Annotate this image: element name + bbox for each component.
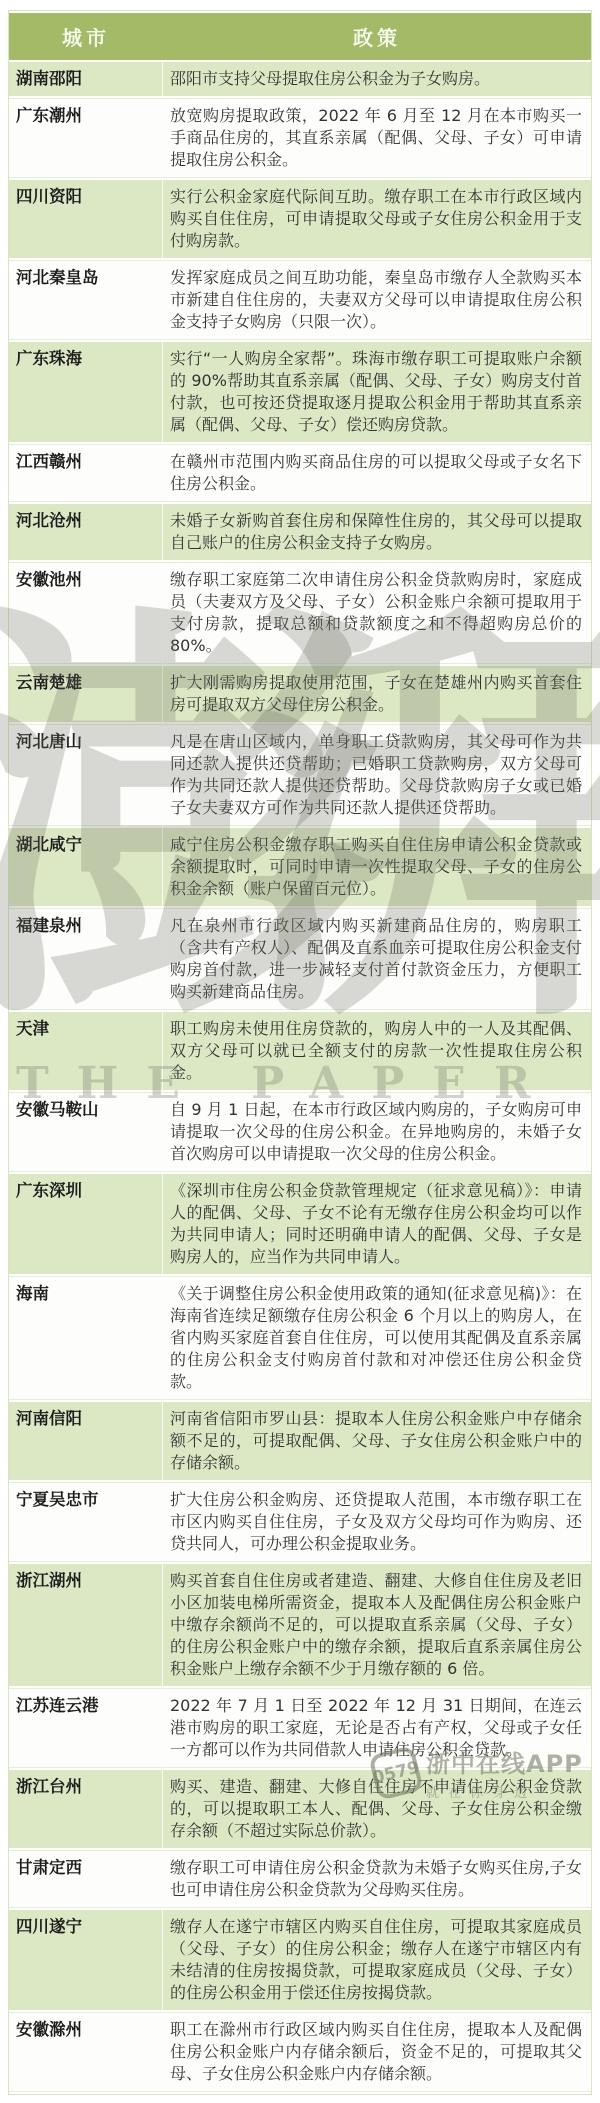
table-header: 城市 政策 <box>9 13 591 60</box>
city-cell: 宁夏吴忠市 <box>9 1482 163 1562</box>
policy-cell: 咸宁住房公积金缴存职工购买自住住房申请公积金贷款或余额提取时，可同时申请一次性提… <box>163 828 591 906</box>
header-cell-city: 城市 <box>9 13 163 60</box>
policy-cell: 邵阳市支持父母提取住房公积金为子女购房。 <box>163 62 591 96</box>
city-cell: 云南楚雄 <box>9 666 163 722</box>
table-row: 广东深圳 《深圳市住房公积金贷款管理规定（征求意见稿）》：申请人的配偶、父母、子… <box>9 1174 591 1274</box>
city-cell: 四川遂宁 <box>9 1910 163 2010</box>
table-row: 宁夏吴忠市 扩大住房公积金购房、还贷提取人范围，本市缴存职工在市区内购买自住住房… <box>9 1482 591 1562</box>
city-cell: 浙江湖州 <box>9 1564 163 1686</box>
policy-cell: 凡是在唐山区域内，单身职工贷款购房，其父母可作为共同还款人提供还贷帮助；已婚职工… <box>163 724 591 826</box>
policy-cell: 缴存职工家庭第二次申请住房公积金贷款购房时，家庭成员（夫妻双方及父母、子女）公积… <box>163 562 591 664</box>
policy-cell: 在赣州市范围内购买商品住房的可以提取父母或子女名下住房公积金。 <box>163 444 591 502</box>
table-row: 广东珠海 实行“一人购房全家帮”。珠海市缴存职工可提取账户余额的 90%帮助其直… <box>9 342 591 442</box>
table-row: 海南 《关于调整住房公积金使用政策的通知(征求意见稿)》：在海南省连续足额缴存住… <box>9 1276 591 1400</box>
table-row: 河北秦皇岛 发挥家庭成员之间互助功能，秦皇岛市缴存人全款购买本市新建自住住房的，… <box>9 260 591 340</box>
city-cell: 河北秦皇岛 <box>9 260 163 340</box>
table-row: 湖北咸宁 咸宁住房公积金缴存职工购买自住住房申请公积金贷款或余额提取时，可同时申… <box>9 828 591 906</box>
table-row: 云南楚雄 扩大刚需购房提取使用范围，子女在楚雄州内购买首套住房可提取双方父母住房… <box>9 666 591 722</box>
policy-cell: 职工购房未使用住房贷款的，购房人中的一人及其配偶、双方父母可以就已全额支付的房款… <box>163 1012 591 1090</box>
housing-fund-policy-table: 城市 政策 湖南邵阳 邵阳市支持父母提取住房公积金为子女购房。 广东潮州 放宽购… <box>8 10 592 2095</box>
table-row: 安徽马鞍山 自 9 月 1 日起，在本市行政区域内购房的，子女购房可申请提取一次… <box>9 1092 591 1172</box>
policy-cell: 凡在泉州市行政区域内购买新建商品住房的，购房职工（含共有产权人）、配偶及直系血亲… <box>163 908 591 1010</box>
city-cell: 江西赣州 <box>9 444 163 502</box>
policy-cell: 职工在滁州市行政区域内购买自住住房，提取本人及配偶住房公积金账户内存储余额后，资… <box>163 2012 591 2092</box>
table-row: 浙江台州 购买、建造、翻建、大修自住住房不申请住房公积金贷款的，可以提取职工本人… <box>9 1770 591 1848</box>
city-cell: 广东深圳 <box>9 1174 163 1274</box>
policy-cell: 放宽购房提取政策，2022 年 6 月至 12 月在本市购买一手商品住房的，其直… <box>163 98 591 178</box>
table-row: 安徽滁州 职工在滁州市行政区域内购买自住住房，提取本人及配偶住房公积金账户内存储… <box>9 2012 591 2092</box>
city-cell: 广东潮州 <box>9 98 163 178</box>
table-row: 湖南邵阳 邵阳市支持父母提取住房公积金为子女购房。 <box>9 62 591 96</box>
table-row: 广东潮州 放宽购房提取政策，2022 年 6 月至 12 月在本市购买一手商品住… <box>9 98 591 178</box>
city-cell: 福建泉州 <box>9 908 163 1010</box>
city-cell: 甘肃定西 <box>9 1850 163 1908</box>
table-row: 江苏连云港 2022 年 7 月 1 日至 2022 年 12 月 31 日期间… <box>9 1688 591 1768</box>
policy-cell: 购买首套自住住房或者建造、翻建、大修自住住房及老旧小区加装电梯所需资金，提取本人… <box>163 1564 591 1686</box>
policy-cell: 购买、建造、翻建、大修自住住房不申请住房公积金贷款的，可以提取职工本人、配偶、父… <box>163 1770 591 1848</box>
policy-cell: 缴存职工可申请住房公积金贷款为未婚子女购买住房,子女也可申请住房公积金贷款为父母… <box>163 1850 591 1908</box>
city-cell: 四川资阳 <box>9 180 163 258</box>
table-row: 四川遂宁 缴存人在遂宁市辖区内购买自住住房，可提取其家庭成员（父母、子女）的住房… <box>9 1910 591 2010</box>
table-row: 甘肃定西 缴存职工可申请住房公积金贷款为未婚子女购买住房,子女也可申请住房公积金… <box>9 1850 591 1908</box>
city-cell: 浙江台州 <box>9 1770 163 1848</box>
table-row: 河北沧州 未婚子女新购首套住房和保障性住房的，其父母可以提取自己账户的住房公积金… <box>9 504 591 560</box>
table-row: 江西赣州 在赣州市范围内购买商品住房的可以提取父母或子女名下住房公积金。 <box>9 444 591 502</box>
policy-cell: 发挥家庭成员之间互助功能，秦皇岛市缴存人全款购买本市新建自住住房的，夫妻双方父母… <box>163 260 591 340</box>
city-cell: 河南信阳 <box>9 1402 163 1480</box>
city-cell: 河北唐山 <box>9 724 163 826</box>
city-cell: 河北沧州 <box>9 504 163 560</box>
policy-cell: 2022 年 7 月 1 日至 2022 年 12 月 31 日期间，在连云港市… <box>163 1688 591 1768</box>
page: 城市 政策 湖南邵阳 邵阳市支持父母提取住房公积金为子女购房。 广东潮州 放宽购… <box>0 0 600 2103</box>
table-row: 四川资阳 实行公积金家庭代际间互助。缴存职工在本市行政区域内购买自住住房，可申请… <box>9 180 591 258</box>
header-cell-policy: 政策 <box>163 13 591 60</box>
city-cell: 天津 <box>9 1012 163 1090</box>
policy-cell: 实行公积金家庭代际间互助。缴存职工在本市行政区域内购买自住住房，可申请提取父母或… <box>163 180 591 258</box>
table-row: 天津 职工购房未使用住房贷款的，购房人中的一人及其配偶、双方父母可以就已全额支付… <box>9 1012 591 1090</box>
table-row: 福建泉州 凡在泉州市行政区域内购买新建商品住房的，购房职工（含共有产权人）、配偶… <box>9 908 591 1010</box>
table-row: 安徽池州 缴存职工家庭第二次申请住房公积金贷款购房时，家庭成员（夫妻双方及父母、… <box>9 562 591 664</box>
policy-cell: 《关于调整住房公积金使用政策的通知(征求意见稿)》：在海南省连续足额缴存住房公积… <box>163 1276 591 1400</box>
city-cell: 广东珠海 <box>9 342 163 442</box>
policy-cell: 未婚子女新购首套住房和保障性住房的，其父母可以提取自己账户的住房公积金支持子女购… <box>163 504 591 560</box>
table-row: 浙江湖州 购买首套自住住房或者建造、翻建、大修自住住房及老旧小区加装电梯所需资金… <box>9 1564 591 1686</box>
city-cell: 湖北咸宁 <box>9 828 163 906</box>
policy-cell: 实行“一人购房全家帮”。珠海市缴存职工可提取账户余额的 90%帮助其直系亲属（配… <box>163 342 591 442</box>
city-cell: 安徽滁州 <box>9 2012 163 2092</box>
city-cell: 海南 <box>9 1276 163 1400</box>
city-cell: 安徽池州 <box>9 562 163 664</box>
policy-table-body: 湖南邵阳 邵阳市支持父母提取住房公积金为子女购房。 广东潮州 放宽购房提取政策，… <box>9 62 591 2092</box>
policy-cell: 缴存人在遂宁市辖区内购买自住住房，可提取其家庭成员（父母、子女）的住房公积金；缴… <box>163 1910 591 2010</box>
table-row: 河北唐山 凡是在唐山区域内，单身职工贷款购房，其父母可作为共同还款人提供还贷帮助… <box>9 724 591 826</box>
table-row: 河南信阳 河南省信阳市罗山县：提取本人住房公积金账户中存储余额不足的，可提取配偶… <box>9 1402 591 1480</box>
policy-cell: 自 9 月 1 日起，在本市行政区域内购房的，子女购房可申请提取一次父母的住房公… <box>163 1092 591 1172</box>
policy-cell: 《深圳市住房公积金贷款管理规定（征求意见稿）》：申请人的配偶、父母、子女不论有无… <box>163 1174 591 1274</box>
city-cell: 安徽马鞍山 <box>9 1092 163 1172</box>
policy-cell: 扩大住房公积金购房、还贷提取人范围，本市缴存职工在市区内购买自住住房，子女及双方… <box>163 1482 591 1562</box>
city-cell: 江苏连云港 <box>9 1688 163 1768</box>
policy-cell: 扩大刚需购房提取使用范围，子女在楚雄州内购买首套住房可提取双方父母住房公积金。 <box>163 666 591 722</box>
policy-cell: 河南省信阳市罗山县：提取本人住房公积金账户中存储余额不足的，可提取配偶、父母、子… <box>163 1402 591 1480</box>
header-row: 城市 政策 <box>9 13 591 60</box>
city-cell: 湖南邵阳 <box>9 62 163 96</box>
